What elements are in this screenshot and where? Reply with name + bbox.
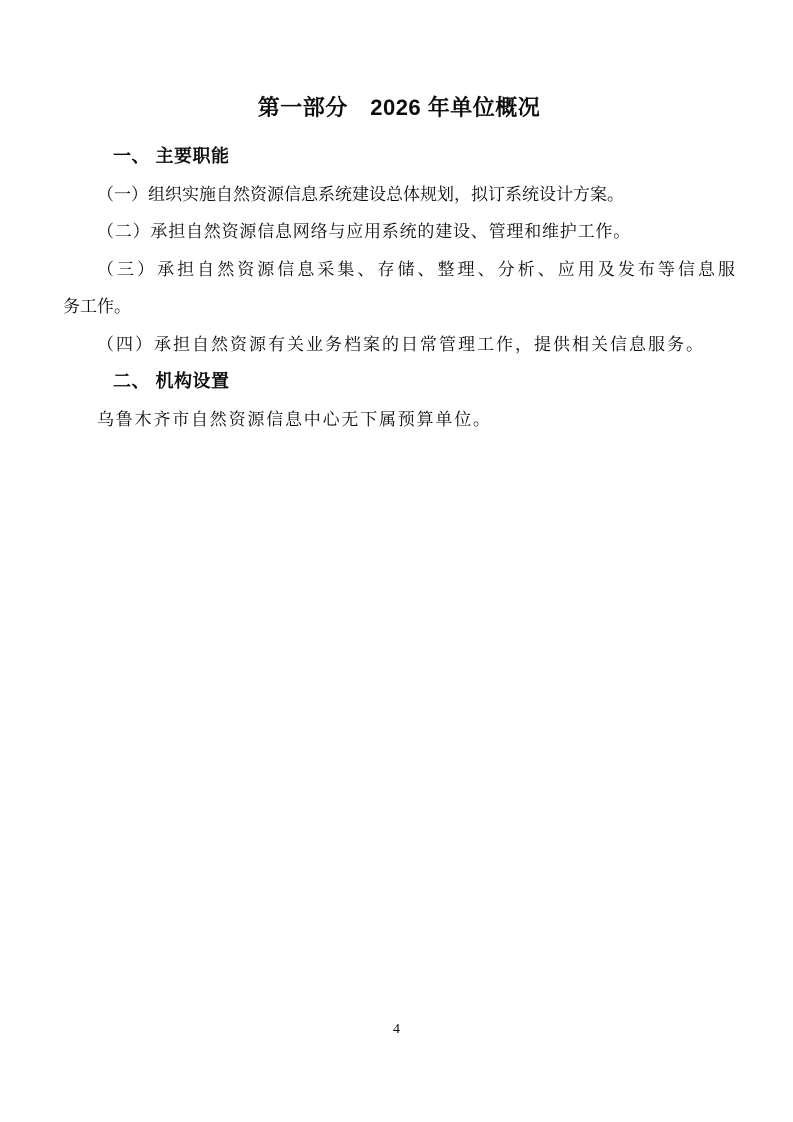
page-number: 4 [393, 1022, 400, 1037]
paragraph-line-4: （四）承担自然资源有关业务档案的日常管理工作，提供相关信息服务。 [63, 326, 735, 364]
page-content: 第一部分 2026 年单位概况 一、 主要职能 （一）组织实施自然资源信息系统建… [0, 0, 793, 438]
page-footer: 4 [0, 1020, 793, 1038]
paragraph-line-1: （一）组织实施自然资源信息系统建设总体规划，拟订系统设计方案。 [63, 176, 735, 214]
section-heading-org-structure: 二、 机构设置 [113, 363, 735, 401]
paragraph-line-3b: 务工作。 [63, 288, 735, 326]
paragraph-line-2: （二）承担自然资源信息网络与应用系统的建设、管理和维护工作。 [63, 213, 735, 251]
paragraph-line-3a: （三）承担自然资源信息采集、存储、整理、分析、应用及发布等信息服 [63, 251, 735, 289]
document-page: 第一部分 2026 年单位概况 一、 主要职能 （一）组织实施自然资源信息系统建… [0, 0, 793, 1122]
section-heading-main-duties: 一、 主要职能 [113, 138, 735, 176]
paragraph-line-5: 乌鲁木齐市自然资源信息中心无下属预算单位。 [63, 401, 735, 439]
document-title: 第一部分 2026 年单位概况 [63, 88, 735, 128]
